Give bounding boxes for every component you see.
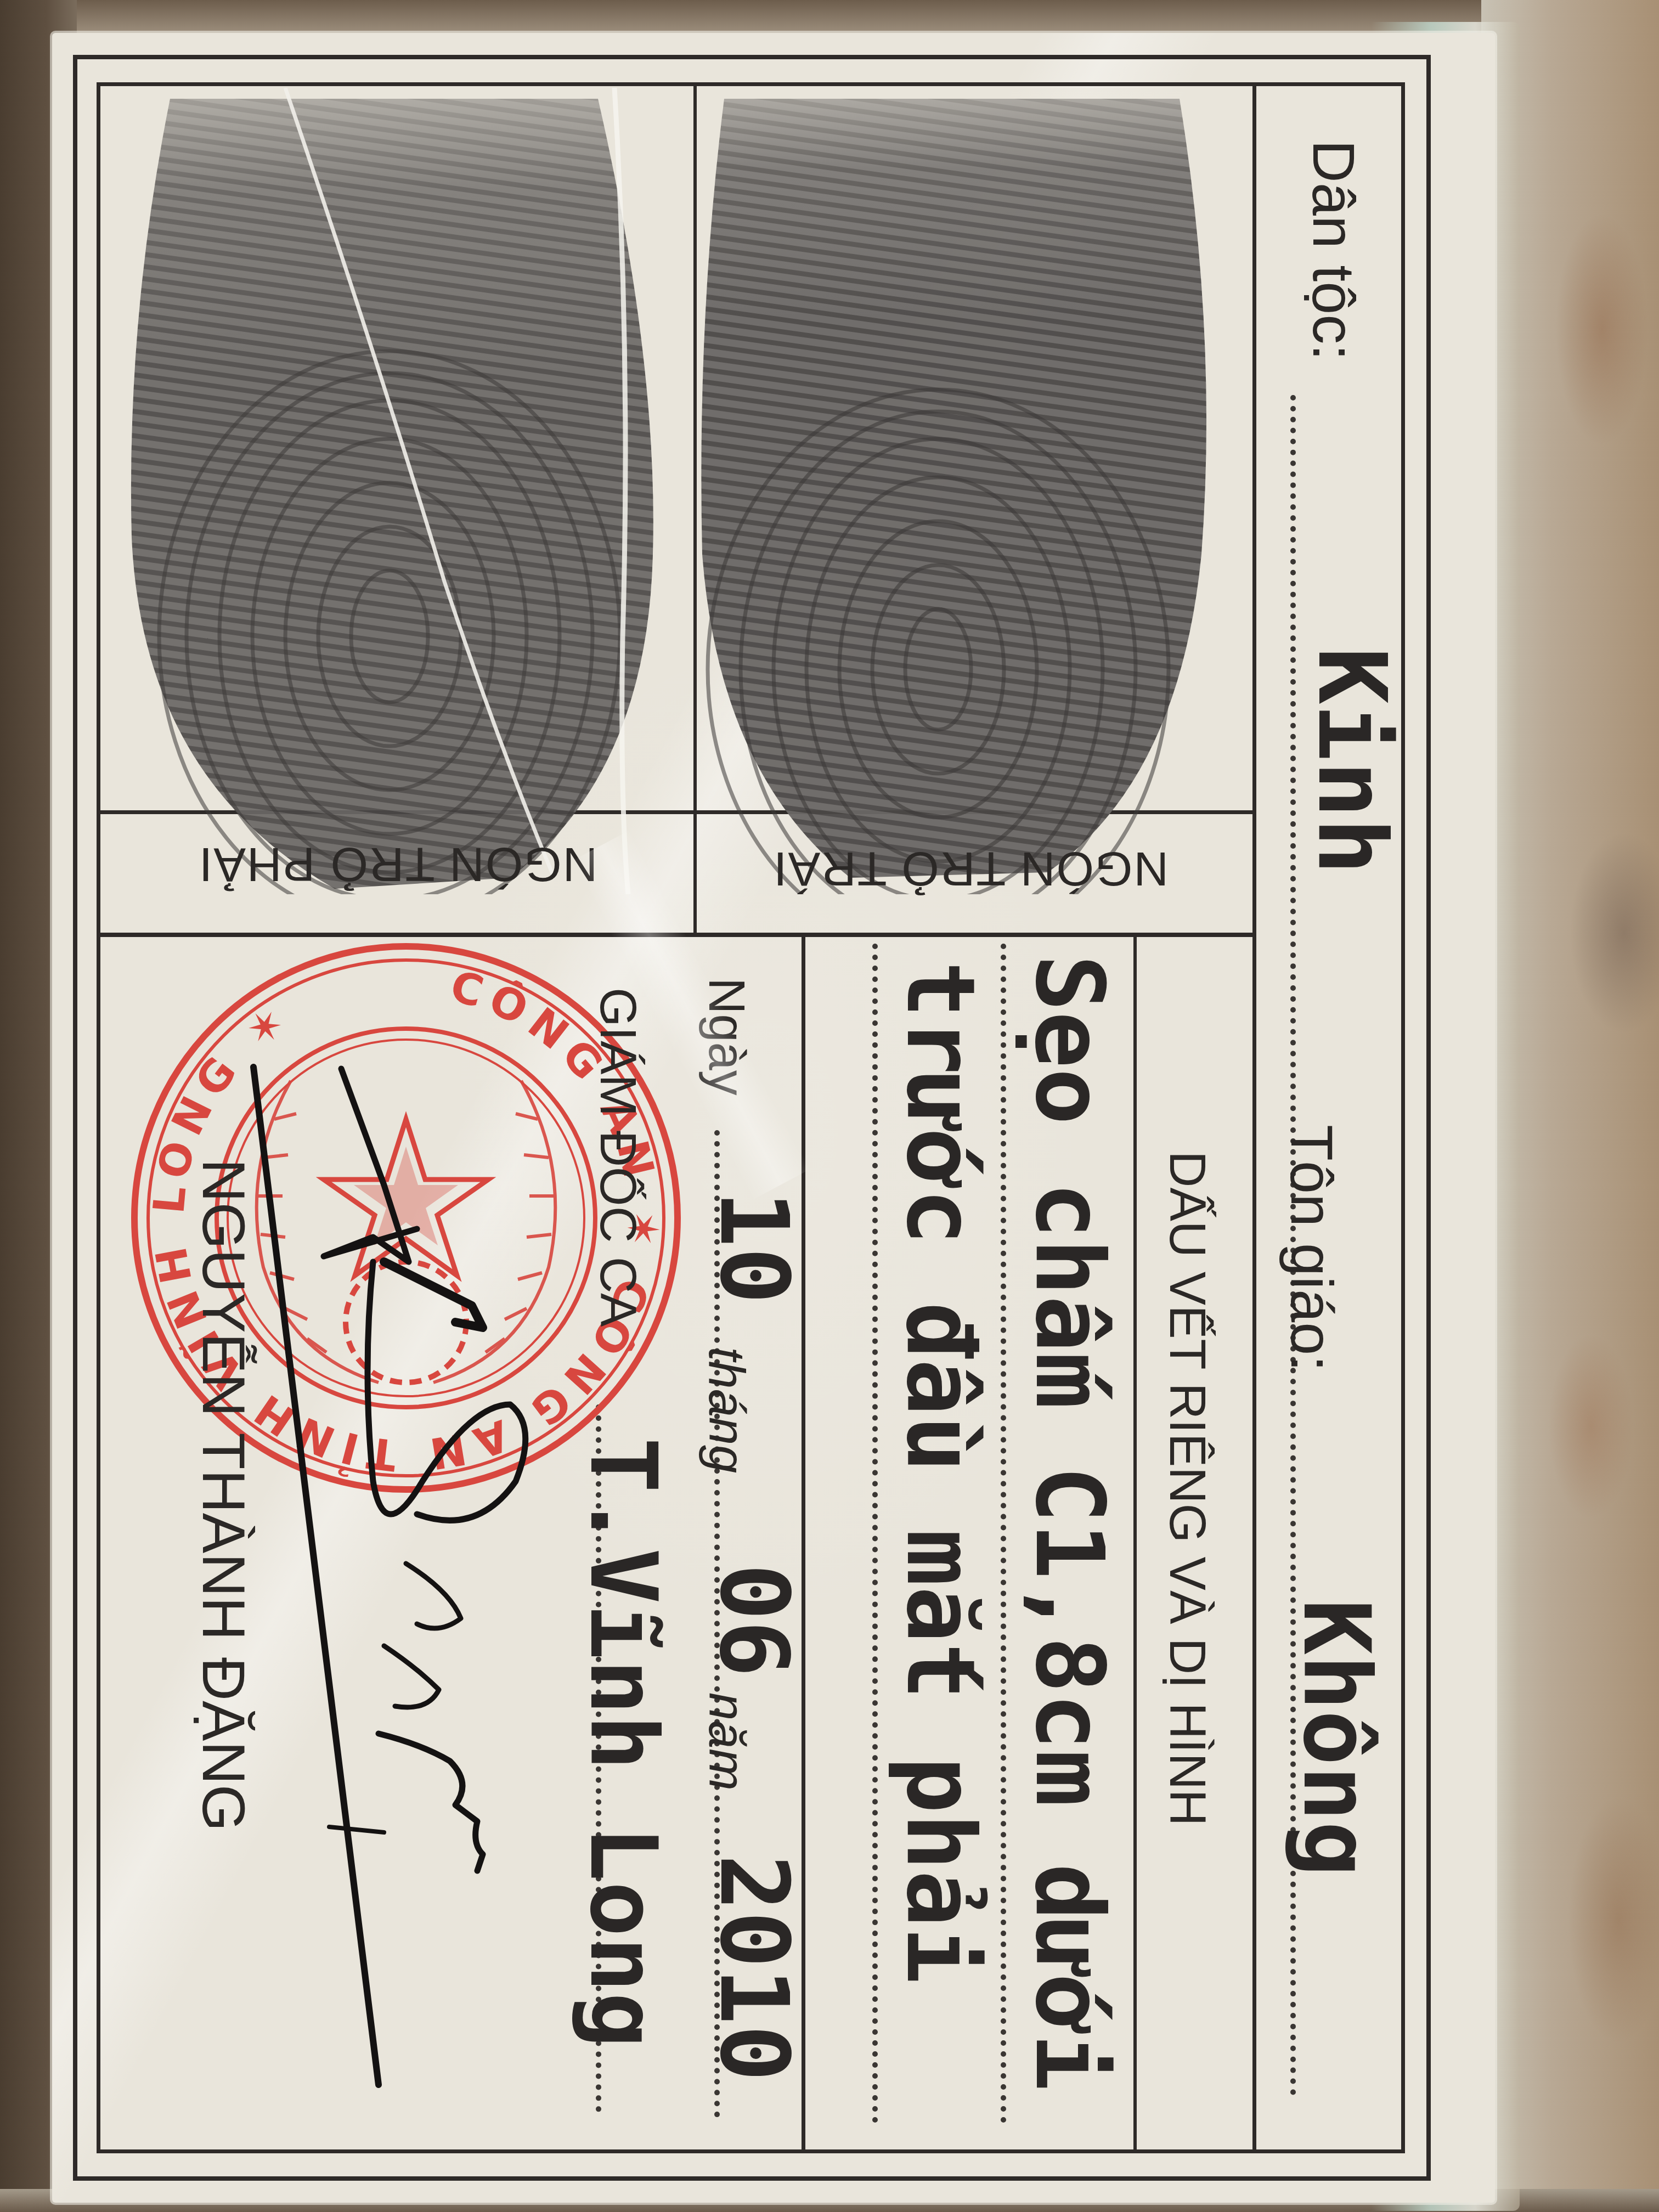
marks-line1-dotted: [1001, 944, 1006, 2123]
signer-name: NGUYỄN THÀNH ĐẶNG: [193, 1159, 253, 1831]
identifying-marks-line-2: trước đầu mắt phải: [893, 961, 988, 1984]
issuer-province: T.Vĩnh Long: [577, 1437, 669, 2048]
identifying-marks-line-1: Sẹo chấm C1,8cm dưới: [1022, 955, 1116, 2091]
fingerprint-left-index: [697, 88, 1223, 894]
label-right-index-finger: NGÓN TRỎ PHẢI: [195, 840, 601, 889]
date-month-label: tháng: [701, 1347, 752, 1473]
right-column-divider: [1252, 82, 1256, 2153]
fingerprint-right-index: [126, 88, 664, 894]
fingerprints: [104, 88, 1245, 894]
date-day-label: Ngày: [701, 978, 752, 1096]
date-day-value: 10: [707, 1190, 801, 1304]
identifying-marks-heading: DẤU VẾT RIÊNG VÀ DỊ HÌNH: [1162, 1151, 1212, 1826]
ethnicity-value: Kinh: [1305, 647, 1399, 874]
religion-label: Tôn giáo:: [1282, 1125, 1341, 1372]
date-year-label: năm: [701, 1692, 752, 1791]
marks-heading-divider: [1133, 935, 1137, 2153]
date-year-value: 2010: [707, 1854, 801, 2081]
marks-line2-dotted: [872, 944, 878, 2123]
religion-value: Không: [1290, 1599, 1383, 1877]
ethnicity-label: Dân tộc:: [1304, 140, 1363, 360]
fingerprint-area-bottom: [97, 933, 1254, 937]
label-left-index-finger: NGÓN TRỎ TRÁI: [785, 845, 1169, 893]
issuer-title: GIÁM ĐỐC CA: [592, 988, 643, 1327]
date-month-value: 06: [707, 1564, 801, 1677]
